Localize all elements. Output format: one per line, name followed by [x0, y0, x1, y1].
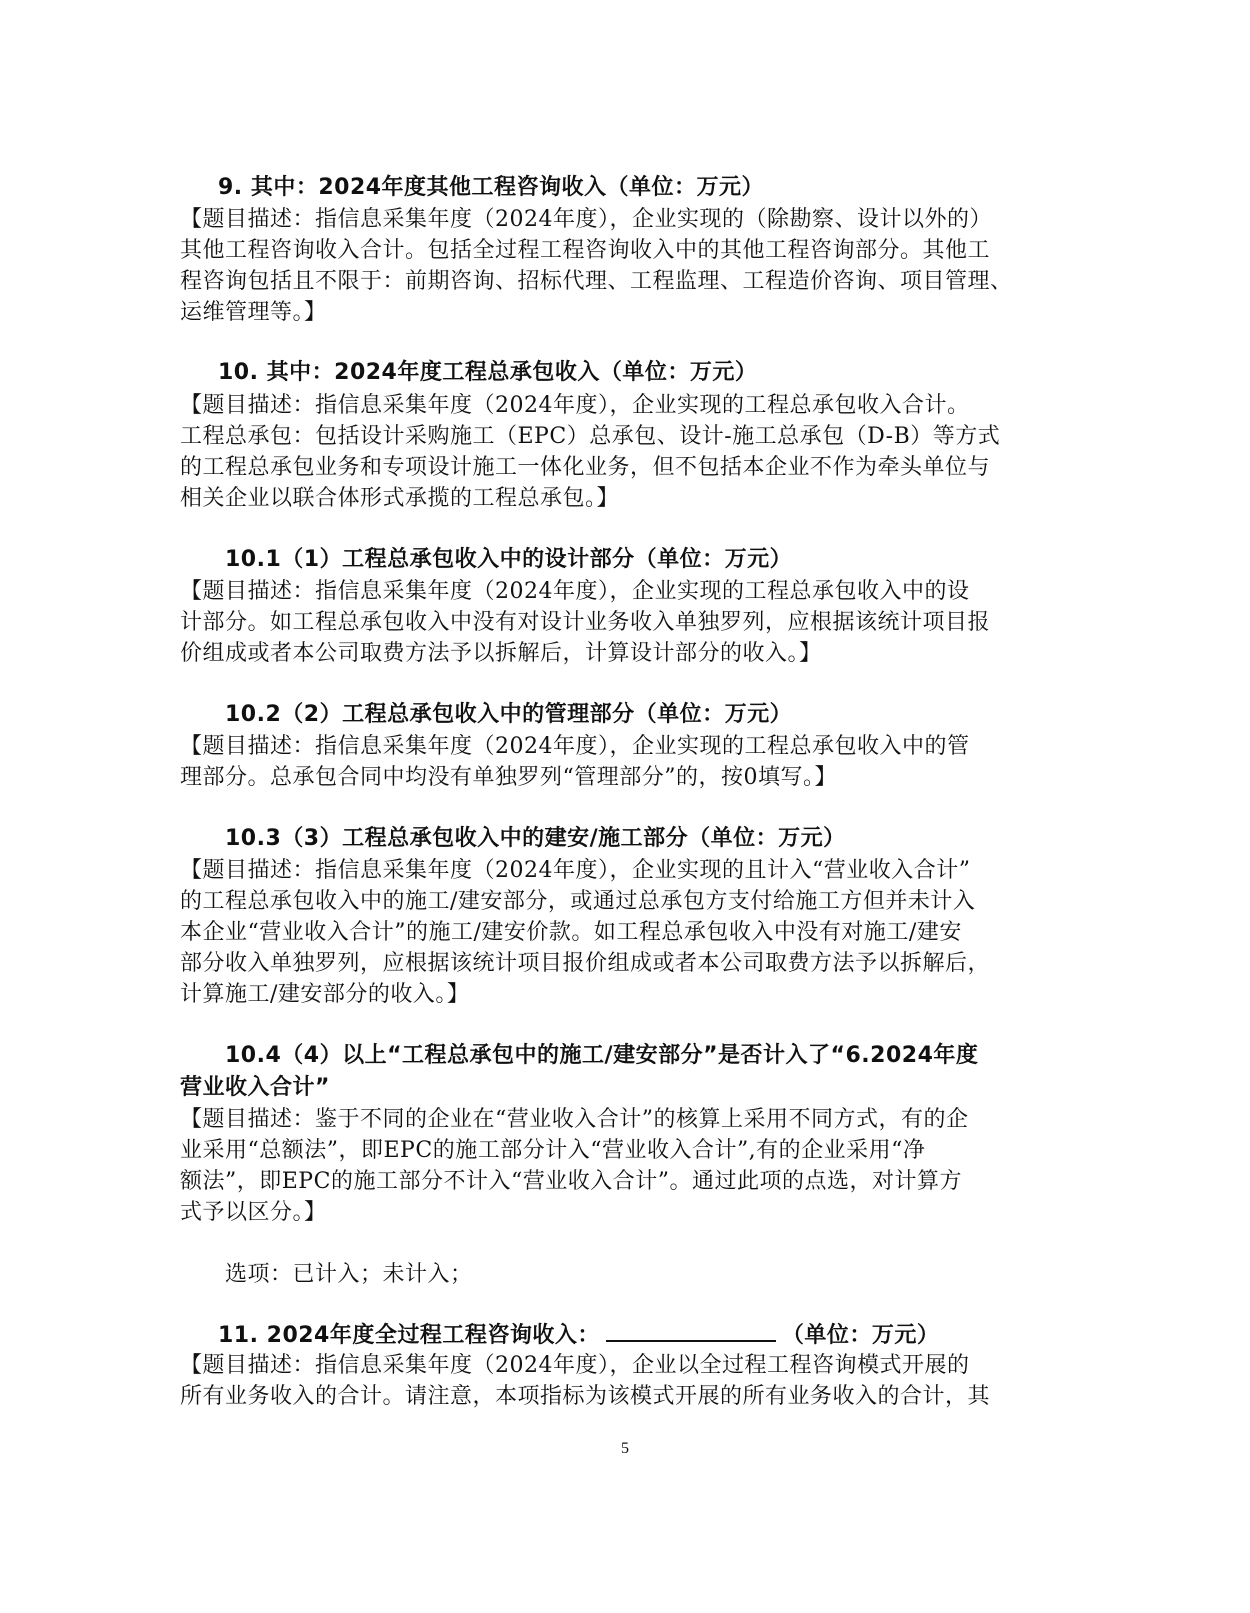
section-10-desc-line: 【题目描述：指信息采集年度（2024年度），企业实现的工程总承包收入合计。	[180, 390, 1060, 422]
section-10-3-desc-line: 【题目描述：指信息采集年度（2024年度），企业实现的且计入“营业收入合计”	[180, 855, 1060, 887]
section-10-3-desc-line: 的工程总承包收入中的施工/建安部分，或通过总承包方支付给施工方但并未计入	[180, 886, 1060, 918]
section-10-1-desc-line: 【题目描述：指信息采集年度（2024年度），企业实现的工程总承包收入中的设	[180, 576, 1060, 608]
section-9-desc-line: 【题目描述：指信息采集年度（2024年度），企业实现的（除勘察、设计以外的）	[180, 204, 1060, 236]
section-10-2-heading: 10.2（2）工程总承包收入中的管理部分（单位：万元）	[225, 699, 1105, 731]
section-10-4-desc-line: 额法”，即EPC的施工部分不计入“营业收入合计”。通过此项的点选，对计算方	[180, 1166, 1060, 1198]
section-11-heading: 11. 2024年度全过程工程咨询收入：（单位：万元）	[218, 1318, 1098, 1352]
section-10-3-desc-line: 本企业“营业收入合计”的施工/建安价款。如工程总承包收入中没有对施工/建安	[180, 917, 1060, 949]
section-9-desc-line: 其他工程咨询收入合计。包括全过程工程咨询收入中的其他工程咨询部分。其他工	[180, 235, 1060, 267]
section-10-desc-line: 的工程总承包业务和专项设计施工一体化业务，但不包括本企业不作为牵头单位与	[180, 452, 1060, 484]
section-9-heading: 9. 其中：2024年度其他工程咨询收入（单位：万元）	[218, 172, 1098, 204]
section-10-4-desc-line: 【题目描述：鉴于不同的企业在“营业收入合计”的核算上采用不同方式，有的企	[180, 1104, 1060, 1136]
section-10-2-desc-line: 【题目描述：指信息采集年度（2024年度），企业实现的工程总承包收入中的管	[180, 731, 1060, 763]
section-10-4-options: 选项：已计入；未计入；	[225, 1259, 1105, 1291]
section-10-3-desc-line: 部分收入单独罗列，应根据该统计项目报价组成或者本公司取费方法予以拆解后，	[180, 948, 1060, 980]
answer-blank[interactable]	[606, 1318, 776, 1342]
section-10-2-desc-line: 理部分。总承包合同中均没有单独罗列“管理部分”的，按0填写。】	[180, 762, 1060, 794]
page-number: 5	[0, 1440, 1250, 1458]
section-10-1-heading: 10.1（1）工程总承包收入中的设计部分（单位：万元）	[225, 544, 1105, 576]
section-10-4-desc-line: 式予以区分。】	[180, 1197, 1060, 1229]
section-9-desc-line: 程咨询包括且不限于：前期咨询、招标代理、工程监理、工程造价咨询、项目管理、	[180, 266, 1060, 298]
section-11-heading-unit: （单位：万元）	[782, 1323, 940, 1348]
section-9-desc-line: 运维管理等。】	[180, 297, 1060, 329]
section-11-heading-label: 11. 2024年度全过程工程咨询收入：	[218, 1323, 600, 1348]
section-10-desc-line: 相关企业以联合体形式承揽的工程总承包。】	[180, 483, 1060, 515]
section-11-desc-line: 【题目描述：指信息采集年度（2024年度），企业以全过程工程咨询模式开展的	[180, 1350, 1060, 1382]
section-10-4-desc-line: 业采用“总额法”，即EPC的施工部分计入“营业收入合计”,有的企业采用“净	[180, 1135, 1060, 1167]
section-10-4-heading: 10.4（4）以上“工程总承包中的施工/建安部分”是否计入了“6.2024年度	[225, 1040, 1105, 1072]
document-page: 9. 其中：2024年度其他工程咨询收入（单位：万元） 【题目描述：指信息采集年…	[0, 0, 1250, 1613]
section-10-3-heading: 10.3（3）工程总承包收入中的建安/施工部分（单位：万元）	[225, 823, 1105, 855]
section-10-4-heading-cont: 营业收入合计”	[180, 1072, 1060, 1104]
section-10-1-desc-line: 计部分。如工程总承包收入中没有对设计业务收入单独罗列，应根据该统计项目报	[180, 607, 1060, 639]
section-10-desc-line: 工程总承包：包括设计采购施工（EPC）总承包、设计-施工总承包（D-B）等方式	[180, 421, 1060, 453]
section-10-3-desc-line: 计算施工/建安部分的收入。】	[180, 979, 1060, 1011]
section-11-desc-line: 所有业务收入的合计。请注意，本项指标为该模式开展的所有业务收入的合计，其	[180, 1381, 1060, 1413]
section-10-1-desc-line: 价组成或者本公司取费方法予以拆解后，计算设计部分的收入。】	[180, 638, 1060, 670]
section-10-heading: 10. 其中：2024年度工程总承包收入（单位：万元）	[218, 357, 1098, 389]
